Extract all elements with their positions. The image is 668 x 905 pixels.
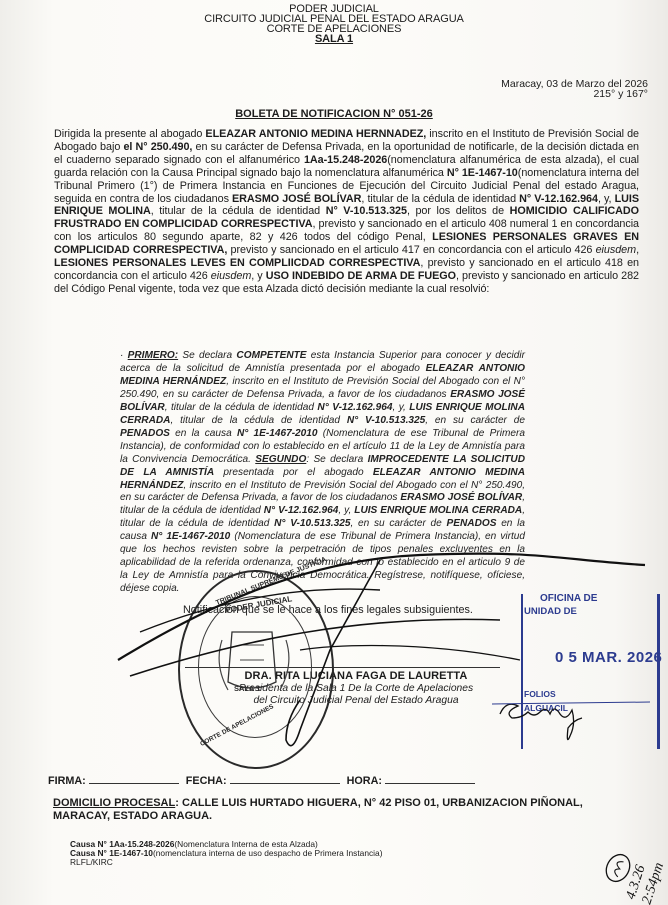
fecha-blank <box>230 773 340 784</box>
resolution-text: COMPETENTE <box>236 350 306 361</box>
lawyer-number: el N° 250.490, <box>123 141 192 153</box>
crime-name: USO INDEBIDO DE ARMA DE FUEGO <box>266 270 456 282</box>
resolution-first-label: PRIMERO: <box>128 350 178 361</box>
office-stamp-date: 0 5 MAR. 2026 <box>555 649 662 666</box>
footer-initials: RLFL/KIRC <box>70 858 382 867</box>
resolution-text: en la causa <box>170 428 237 439</box>
resolution-second-label: SEGUNDO <box>255 454 306 465</box>
years-text: 215° y 167° <box>501 89 648 99</box>
office-stamp-alguacil: ALGUACIL <box>524 703 568 713</box>
resolution-text: presentada por el abogado <box>214 467 373 478</box>
case-number: N° 1E-1467-2010 <box>237 428 318 439</box>
id-number: N° V-12.162.964 <box>264 505 339 516</box>
document-title: BOLETA DE NOTIFICACION N° 051-26 <box>0 108 668 120</box>
svg-text:2:54pm: 2:54pm <box>640 861 667 905</box>
procedural-address: DOMICILIO PROCESAL: CALLE LUIS HURTADO H… <box>53 797 613 823</box>
fecha-label: FECHA: <box>186 775 227 787</box>
resolution-text: PENADOS <box>120 428 170 439</box>
body-text: , titular de la cédula de identidad <box>361 193 519 205</box>
case-number: N° 1E-1467-10 <box>447 167 518 179</box>
id-number: N° V-10.513.325 <box>347 415 425 426</box>
document-page: PODER JUDICIAL CIRCUITO JUDICIAL PENAL D… <box>0 0 668 905</box>
id-number: N° V-10.513.325 <box>326 205 407 217</box>
resolution-text: Se declara <box>178 350 236 361</box>
body-text: Dirigida la presente al abogado <box>54 128 205 140</box>
receipt-fields: FIRMA: FECHA: HORA: <box>48 773 475 787</box>
footer-notes: Causa N° 1Aa-15.248-2026(Nomenclatura In… <box>70 840 382 867</box>
hora-label: HORA: <box>347 775 382 787</box>
case-number: N° 1E-1467-2010 <box>151 531 230 542</box>
notification-body: Dirigida la presente al abogado ELEAZAR … <box>54 128 639 296</box>
resolution-text: , en su carácter de <box>350 518 446 529</box>
resolution-text: , titular de la cédula de identidad <box>165 402 318 413</box>
seal-sala-text: SALA 1 <box>234 684 260 693</box>
office-stamp-line-1: OFICINA DE <box>540 593 597 604</box>
body-text: previsto y sancionado en el articulo 417… <box>227 244 595 256</box>
address-label: DOMICILIO PROCESAL <box>53 797 175 809</box>
bullet: · <box>120 350 123 361</box>
office-stamp-folios: FOLIOS <box>524 689 556 699</box>
resolution-text: , en su carácter de <box>425 415 525 426</box>
resolution-text: , y, <box>392 402 409 413</box>
dateline: Maracay, 03 de Marzo del 2026 215° y 167… <box>501 79 648 99</box>
body-text: , titular de la cédula de identidad <box>151 205 326 217</box>
resolution-text: PENADOS <box>447 518 497 529</box>
person-name: ERASMO JOSÉ BOLÍVAR <box>232 193 361 205</box>
body-text: , y, <box>598 193 615 205</box>
body-text: , <box>636 244 639 256</box>
person-name: ERASMO JOSÉ BOLÍVAR <box>400 492 522 503</box>
letterhead-sala: SALA 1 <box>0 34 668 44</box>
id-number: N° V-10.513.325 <box>274 518 350 529</box>
office-stamp-line-2: UNIDAD DE <box>524 606 577 617</box>
firma-label: FIRMA: <box>48 775 86 787</box>
letterhead: PODER JUDICIAL CIRCUITO JUDICIAL PENAL D… <box>0 4 668 44</box>
id-number: N° V-12.162.964 <box>519 193 598 205</box>
firma-blank <box>89 773 179 784</box>
id-number: N° V-12.162.964 <box>317 402 392 413</box>
body-text: , y <box>251 270 265 282</box>
body-text: eiusdem <box>596 244 636 256</box>
footer-case-2-note: (nomenclatura interna de uso despacho de… <box>153 848 383 858</box>
hora-blank <box>385 773 475 784</box>
office-receipt-stamp <box>521 594 660 749</box>
crime-name: LESIONES PERSONALES LEVES EN COMPLIICDAD… <box>54 257 420 269</box>
case-number: 1Aa-15.248-2026 <box>304 154 387 166</box>
resolution-text: , y, <box>338 505 354 516</box>
body-text: , por los delitos de <box>407 205 510 217</box>
resolution-text: , titular de la cédula de identidad <box>170 415 346 426</box>
lawyer-name: ELEAZAR ANTONIO MEDINA HERNNADEZ, <box>205 128 426 140</box>
body-text: eiusdem <box>211 270 251 282</box>
svg-text:4.3.26: 4.3.26 <box>624 863 649 901</box>
resolution-text: : Se declara <box>306 454 367 465</box>
person-name: LUIS ENRIQUE MOLINA CERRADA <box>354 505 522 516</box>
